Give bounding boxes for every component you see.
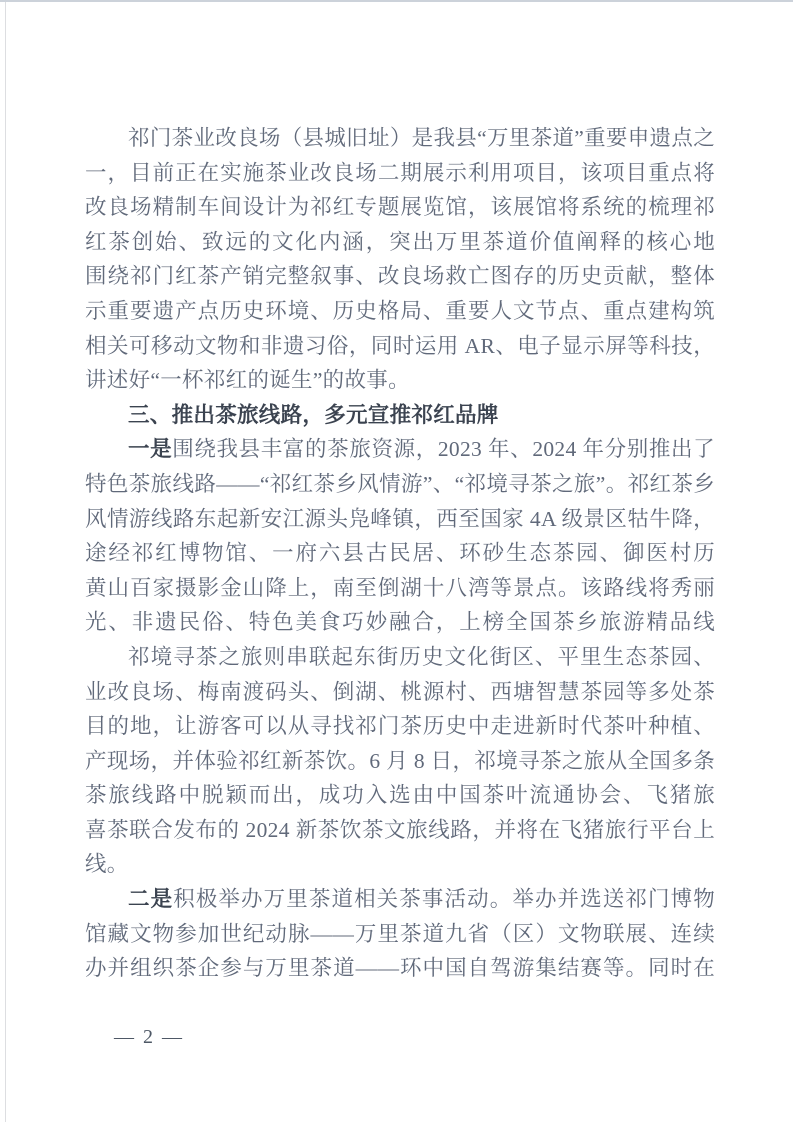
text-line: 一，目前正在实施茶业改良场二期展示利用项目，该项目重点将原 <box>85 156 715 191</box>
text-line: 风情游线路东起新安江源头凫峰镇，西至国家 4A 级景区牯牛降， <box>85 502 715 537</box>
text-line-content: 相关可移动文物和非遗习俗，同时运用 AR、电子显示屏等科技， <box>85 334 715 358</box>
text-line-content: 讲述好“一杯祁红的诞生”的故事。 <box>85 368 410 392</box>
text-line-content: 积极举办万里茶道相关茶事活动。举办并选送祁门博物馆 <box>85 887 715 917</box>
text-line: 二是积极举办万里茶道相关茶事活动。举办并选送祁门博物馆 <box>85 882 715 917</box>
text-line-content: 产现场，并体验祁红新茶饮。6 月 8 日，祁境寻茶之旅从全国多条 <box>85 749 715 773</box>
text-line-content: 改良场精制车间设计为祁红专题展览馆，该展馆将系统的梳理祁门 <box>85 195 715 225</box>
scanned-document-page: 祁门茶业改良场（县城旧址）是我县“万里茶道”重要申遗点之 一，目前正在实施茶业改… <box>0 0 793 1122</box>
text-line: 红茶创始、致远的文化内涵，突出万里茶道价值阐释的核心地位， <box>85 225 715 260</box>
paragraph-4: 二是积极举办万里茶道相关茶事活动。举办并选送祁门博物馆 馆藏文物参加世纪动脉——… <box>85 882 715 986</box>
text-line: 特色茶旅线路——“祁红茶乡风情游”、“祁境寻茶之旅”。祁红茶乡 <box>85 467 715 502</box>
emphasis-lead: 一是 <box>128 437 172 461</box>
text-line: 改良场精制车间设计为祁红专题展览馆，该展馆将系统的梳理祁门 <box>85 190 715 225</box>
text-line: 产现场，并体验祁红新茶饮。6 月 8 日，祁境寻茶之旅从全国多条 <box>85 744 715 779</box>
text-line: 讲述好“一杯祁红的诞生”的故事。 <box>85 363 715 398</box>
text-line-content: 馆藏文物参加世纪动脉——万里茶道九省（区）文物联展、连续举 <box>85 922 715 952</box>
scan-edge-top <box>0 0 793 2</box>
paragraph-1: 祁门茶业改良场（县城旧址）是我县“万里茶道”重要申遗点之 一，目前正在实施茶业改… <box>85 121 715 398</box>
scan-edge-left <box>5 2 6 1122</box>
text-line: 途经祁红博物馆、一府六县古民居、环砂生态茶园、御医村历溪、 <box>85 536 715 571</box>
section-heading-text: 三、推出茶旅线路，多元宣推祁红品牌 <box>128 403 499 427</box>
text-line-content: 风情游线路东起新安江源头凫峰镇，西至国家 4A 级景区牯牛降， <box>85 507 715 531</box>
text-line-content: 示重要遗产点历史环境、历史格局、重要人文节点、重点建构筑物、 <box>85 299 715 329</box>
text-line: 祁境寻茶之旅则串联起东街历史文化街区、平里生态茶园、茶 <box>85 640 715 675</box>
text-line: 光、非遗民俗、特色美食巧妙融合，上榜全国茶乡旅游精品线路。 <box>85 605 715 640</box>
text-line-content: 特色茶旅线路——“祁红茶乡风情游”、“祁境寻茶之旅”。祁红茶乡 <box>85 472 715 496</box>
text-line: 目的地，让游客可以从寻找祁门茶历史中走进新时代茶叶种植、生 <box>85 709 715 744</box>
emphasis-lead: 二是 <box>128 887 173 911</box>
text-line-content: 围绕我县丰富的茶旅资源，2023 年、2024 年分别推出了 <box>172 437 715 461</box>
text-line-content: 线。 <box>85 852 129 876</box>
text-line: 业改良场、梅南渡码头、倒湖、桃源村、西塘智慧茶园等多处茶旅 <box>85 675 715 710</box>
text-line-content: 黄山百家摄影金山降上，南至倒湖十八湾等景点。该路线将秀丽风 <box>85 576 715 606</box>
text-line-content: 业改良场、梅南渡码头、倒湖、桃源村、西塘智慧茶园等多处茶旅 <box>85 680 715 710</box>
text-line-content: 祁门茶业改良场（县城旧址）是我县“万里茶道”重要申遗点之 <box>128 126 715 150</box>
text-line: 示重要遗产点历史环境、历史格局、重要人文节点、重点建构筑物、 <box>85 294 715 329</box>
text-line-content: 途经祁红博物馆、一府六县古民居、环砂生态茶园、御医村历溪、 <box>85 541 715 571</box>
text-line: 办并组织茶企参与万里茶道——环中国自驾游集结赛等。同时在县 <box>85 951 715 986</box>
text-line: 茶旅线路中脱颖而出，成功入选由中国茶叶流通协会、飞猪旅行、 <box>85 778 715 813</box>
text-line-content: 光、非遗民俗、特色美食巧妙融合，上榜全国茶乡旅游精品线路。 <box>85 610 715 640</box>
text-line: 祁门茶业改良场（县城旧址）是我县“万里茶道”重要申遗点之 <box>85 121 715 156</box>
text-line-content: 喜茶联合发布的 2024 新茶饮茶文旅线路，并将在飞猪旅行平台上 <box>85 818 715 842</box>
section-heading: 三、推出茶旅线路，多元宣推祁红品牌 <box>85 398 715 433</box>
paragraph-2: 一是围绕我县丰富的茶旅资源，2023 年、2024 年分别推出了 特色茶旅线路—… <box>85 432 715 640</box>
paragraph-3: 祁境寻茶之旅则串联起东街历史文化街区、平里生态茶园、茶 业改良场、梅南渡码头、倒… <box>85 640 715 882</box>
text-line-content: 祁境寻茶之旅则串联起东街历史文化街区、平里生态茶园、茶 <box>85 645 715 675</box>
text-line-content: 目的地，让游客可以从寻找祁门茶历史中走进新时代茶叶种植、生 <box>85 714 715 744</box>
text-line-content: 围绕祁门红茶产销完整叙事、改良场救亡图存的历史贡献，整体展 <box>85 264 715 294</box>
text-line: 线。 <box>85 847 715 882</box>
text-line-content: 红茶创始、致远的文化内涵，突出万里茶道价值阐释的核心地位， <box>85 230 715 260</box>
text-line-content: 办并组织茶企参与万里茶道——环中国自驾游集结赛等。同时在县 <box>85 956 715 986</box>
text-line: 相关可移动文物和非遗习俗，同时运用 AR、电子显示屏等科技， <box>85 329 715 364</box>
document-body: 祁门茶业改良场（县城旧址）是我县“万里茶道”重要申遗点之 一，目前正在实施茶业改… <box>85 121 715 986</box>
text-line-content: 一，目前正在实施茶业改良场二期展示利用项目，该项目重点将原 <box>85 161 715 191</box>
text-line-content: 茶旅线路中脱颖而出，成功入选由中国茶叶流通协会、飞猪旅行、 <box>85 783 715 813</box>
text-line: 喜茶联合发布的 2024 新茶饮茶文旅线路，并将在飞猪旅行平台上 <box>85 813 715 848</box>
page-number: — 2 — <box>114 1026 184 1049</box>
text-line: 围绕祁门红茶产销完整叙事、改良场救亡图存的历史贡献，整体展 <box>85 259 715 294</box>
text-line: 一是围绕我县丰富的茶旅资源，2023 年、2024 年分别推出了 <box>85 432 715 467</box>
text-line: 馆藏文物参加世纪动脉——万里茶道九省（区）文物联展、连续举 <box>85 917 715 952</box>
text-line: 黄山百家摄影金山降上，南至倒湖十八湾等景点。该路线将秀丽风 <box>85 571 715 606</box>
